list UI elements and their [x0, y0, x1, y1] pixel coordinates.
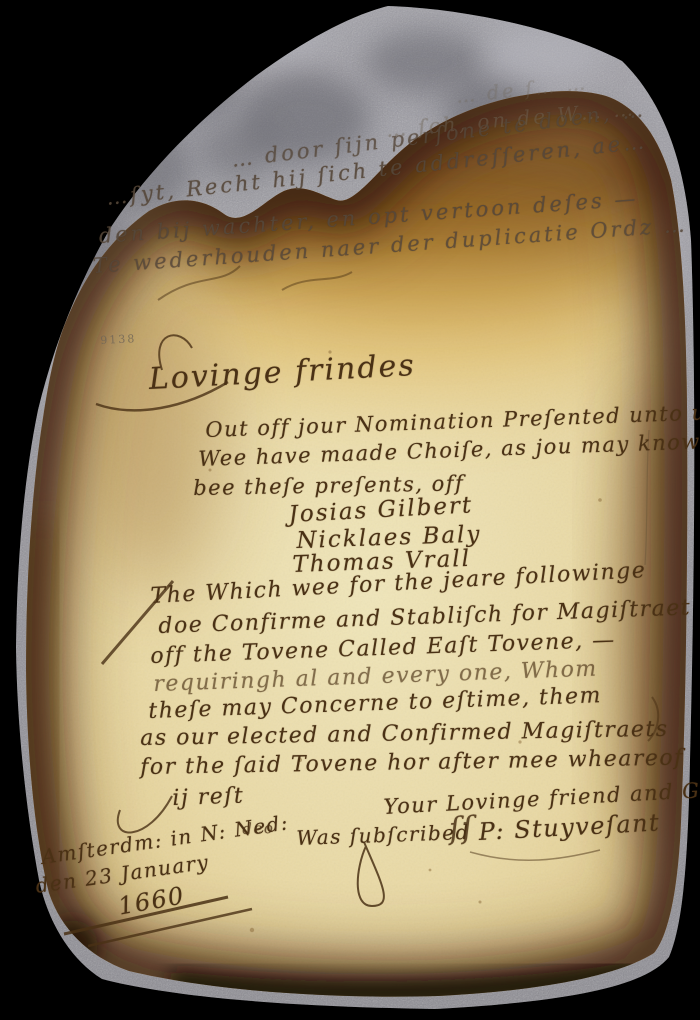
flourish-divider: ſſ — [448, 810, 476, 847]
archive-number: 9138 — [100, 332, 137, 347]
manuscript-photo: 9138 … de ſ… … … ſch, on de W… … … door … — [0, 0, 700, 1020]
closing-rest: ij reſt — [172, 783, 245, 810]
